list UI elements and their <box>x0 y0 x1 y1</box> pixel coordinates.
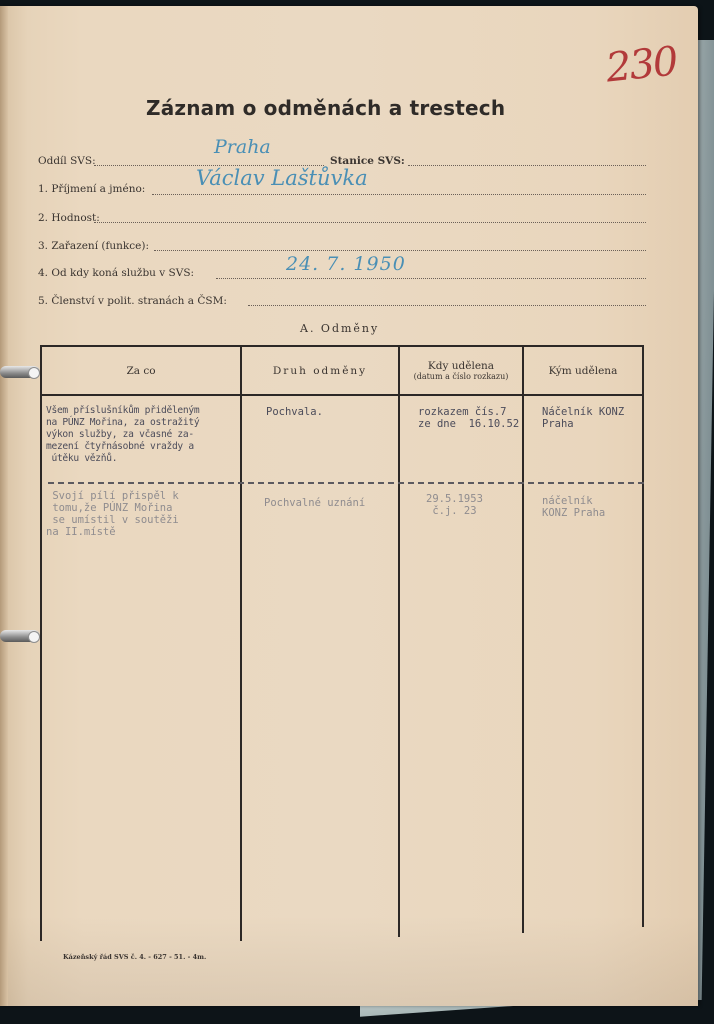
page-number: 230 <box>604 38 679 91</box>
document-title: Záznam o odměnách a trestech <box>146 96 505 120</box>
od-kdy-label: 4. Od kdy koná službu v SVS: <box>38 267 194 279</box>
row1-kym: Náčelník KONZ Praha <box>542 406 624 430</box>
clenstvi-line <box>248 305 646 306</box>
prijmeni-line <box>152 194 646 195</box>
table-border-left <box>40 347 42 941</box>
table-border-right <box>642 347 644 927</box>
header-druh-odmeny: Druh odměny <box>242 347 398 394</box>
hodnost-label: 2. Hodnost: <box>38 212 100 224</box>
oddil-value[interactable]: Praha <box>214 136 271 158</box>
od-kdy-line <box>216 278 646 279</box>
table-divider <box>522 347 524 933</box>
table-divider <box>240 347 242 941</box>
form-footer: Kázeňský řád SVS č. 4. - 627 - 51. - 4m. <box>63 953 206 961</box>
row2-kym: náčelník KONZ Praha <box>542 495 605 519</box>
header-za-co: Za co <box>42 347 240 394</box>
row2-za-co: Svojí pílí přispěl k tomu,že PÚNZ Mořina… <box>46 490 179 538</box>
header-kdy-udelena: Kdy udělena (datum a číslo rozkazu) <box>400 347 522 394</box>
row1-druh: Pochvala. <box>266 406 323 418</box>
row2-druh: Pochvalné uznání <box>264 497 365 509</box>
punch-hole-icon <box>28 367 40 379</box>
clenstvi-label: 5. Členství v polit. stranách a ČSM: <box>38 295 227 307</box>
row1-kdy: rozkazem čís.7 ze dne 16.10.52 <box>418 406 519 430</box>
section-title-odmeny: A. Odměny <box>300 322 379 335</box>
row1-za-co: Všem příslušníkům přiděleným na PÚNZ Moř… <box>46 405 199 465</box>
stanice-line <box>408 165 646 166</box>
header-kym-udelena: Kým udělena <box>524 347 642 394</box>
row2-kdy: 29.5.1953 č.j. 23 <box>426 493 483 517</box>
prijmeni-value[interactable]: Václav Laštůvka <box>196 166 368 190</box>
header-separator <box>40 394 644 396</box>
zarazeni-line <box>154 250 646 251</box>
punch-hole-icon <box>28 631 40 643</box>
hodnost-line <box>94 222 646 223</box>
zarazeni-label: 3. Zařazení (funkce): <box>38 240 149 252</box>
od-kdy-value[interactable]: 24. 7. 1950 <box>286 253 406 275</box>
page-binding-edge <box>0 6 8 1006</box>
prijmeni-label: 1. Příjmení a jméno: <box>38 183 145 195</box>
row-separator-dashed <box>48 482 644 484</box>
table-divider <box>398 347 400 937</box>
oddil-label: Oddíl SVS: <box>38 155 96 167</box>
